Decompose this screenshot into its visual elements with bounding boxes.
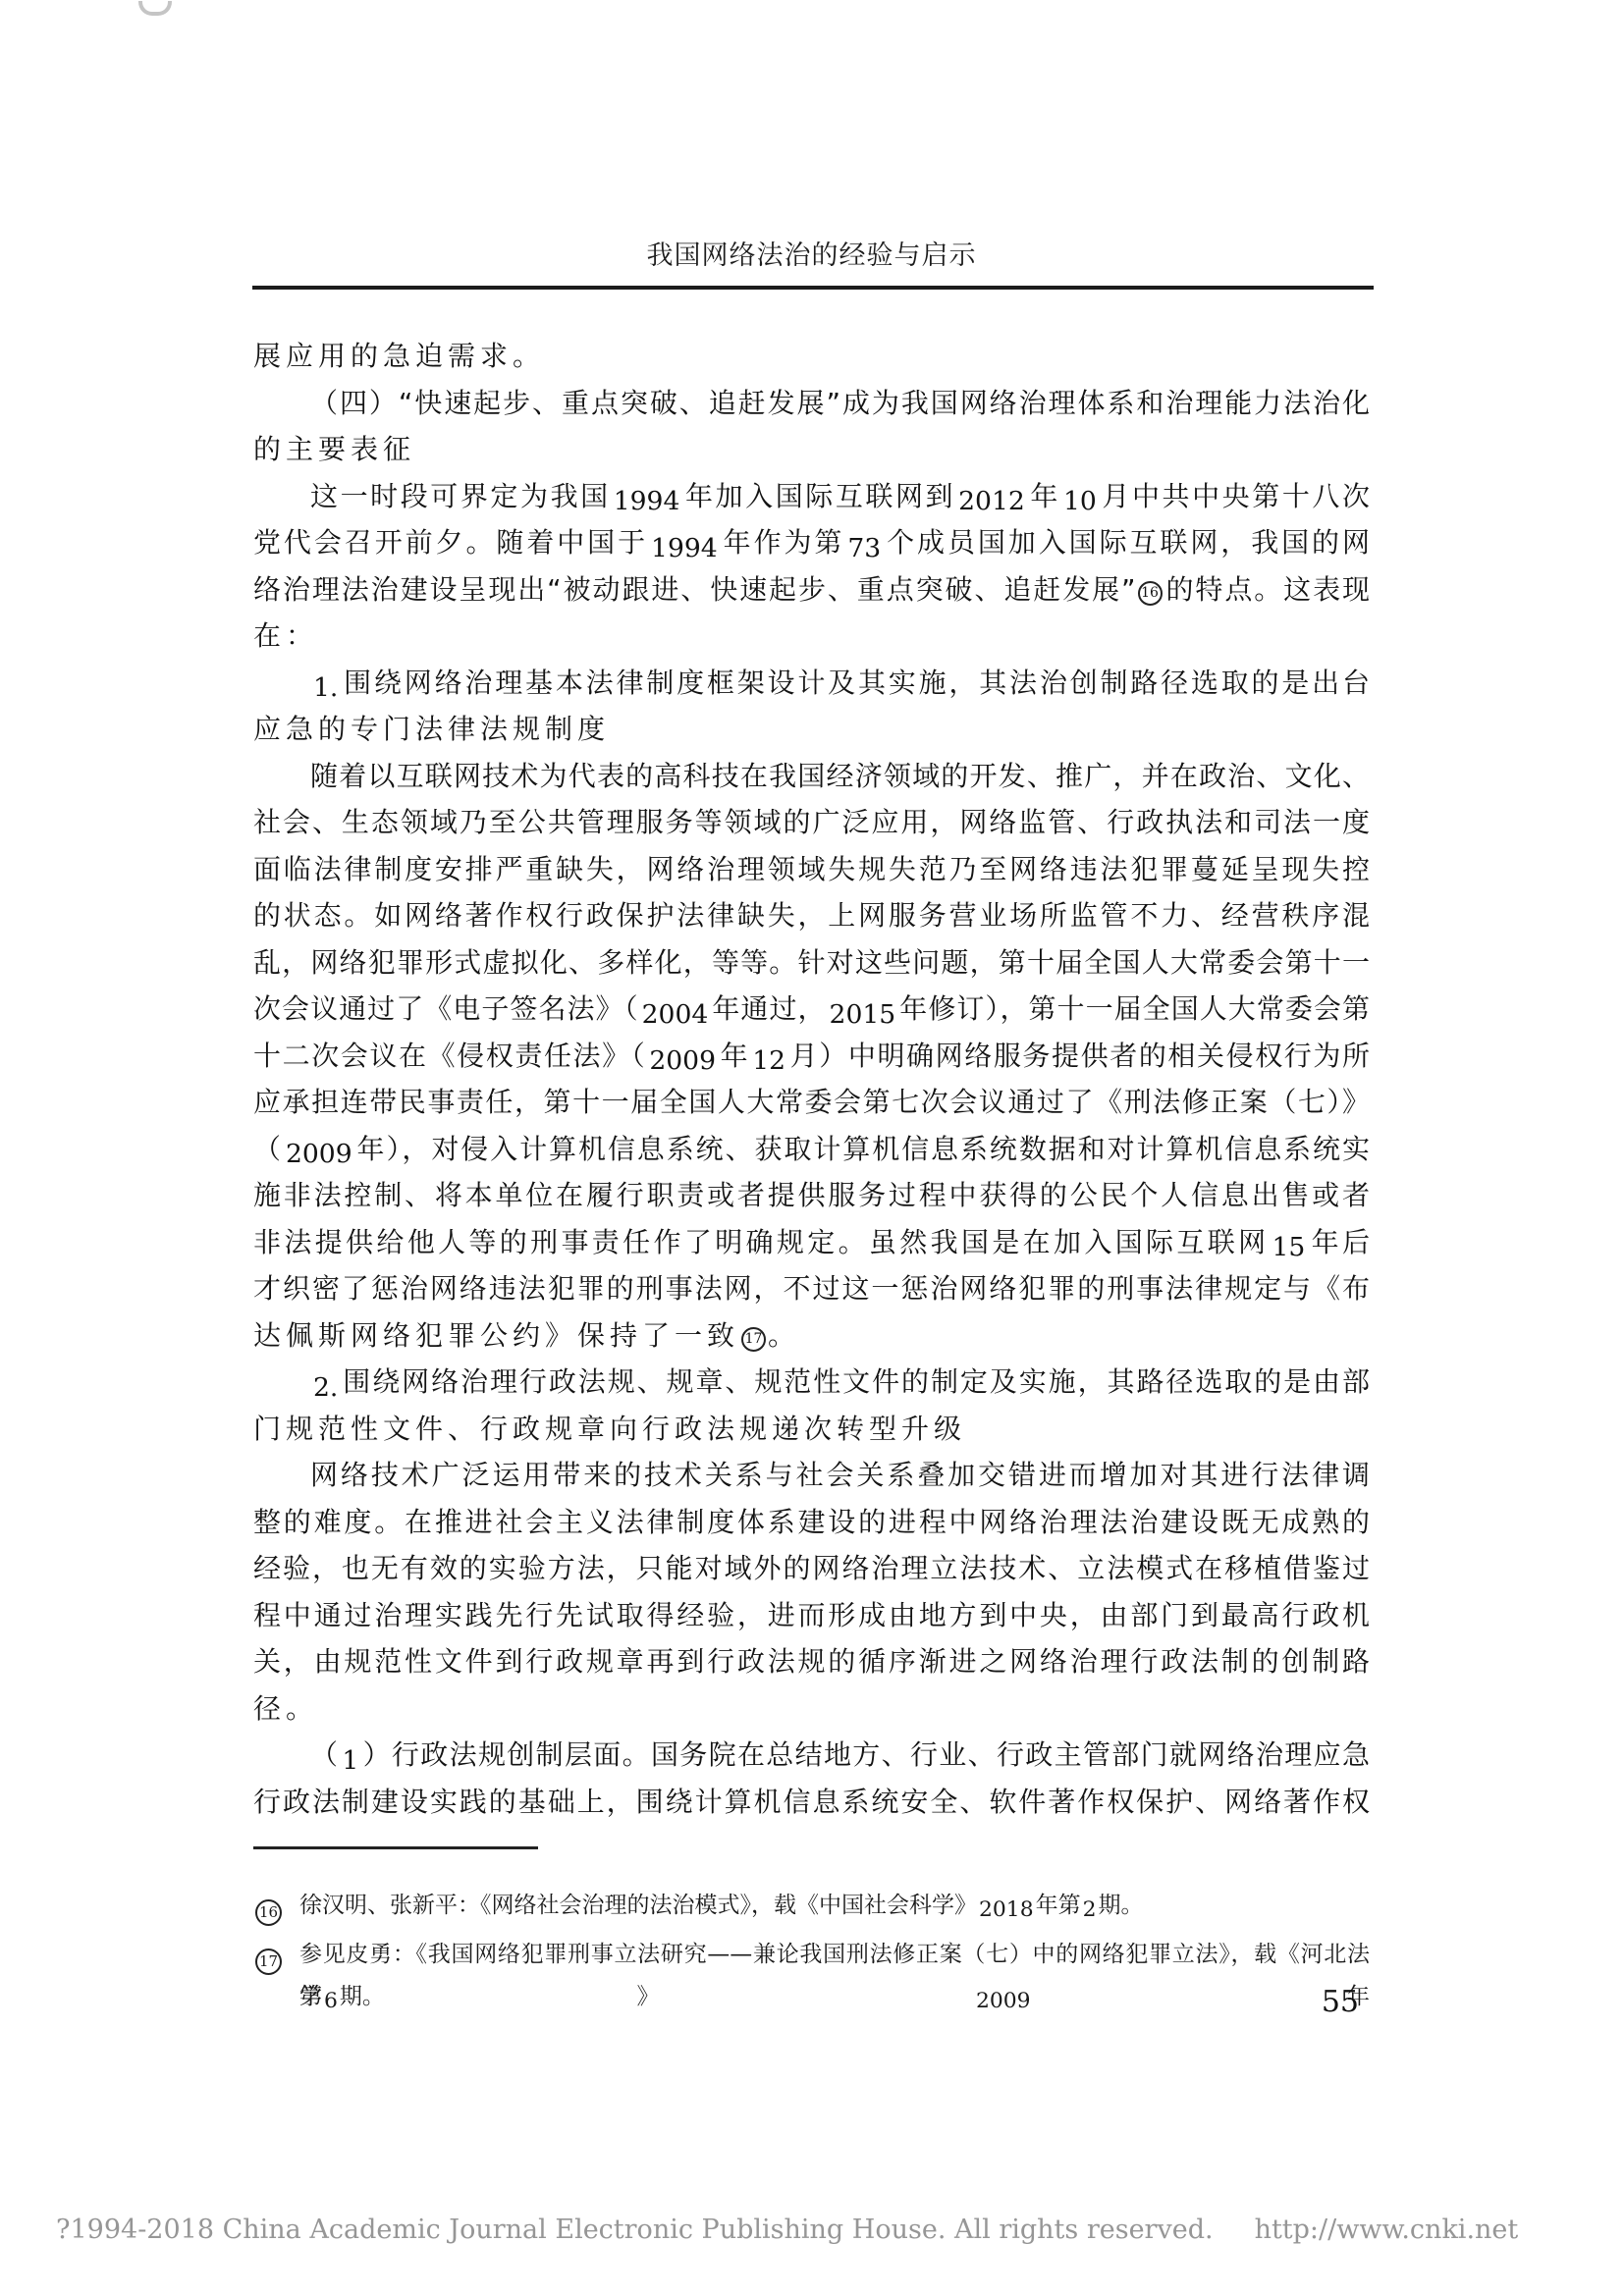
- body-line: 应承担连带民事责任，第十一届全国人大常委会第七次会议通过了《刑法修正案（七）》: [253, 1079, 1370, 1126]
- body-line: 十二次会议在《侵权责任法》（2009年12月）中明确网络服务提供者的相关侵权行为…: [253, 1033, 1370, 1080]
- body-line: 党代会召开前夕。随着中国于1994年作为第73个成员国加入国际互联网，我国的网: [253, 519, 1370, 566]
- footnote-text: 参见皮勇：《我国网络犯罪刑事立法研究——兼论我国刑法修正案（七）中的网络犯罪立法…: [299, 1934, 1370, 2018]
- watermark-url: http://www.cnki.net: [1255, 2215, 1519, 2245]
- numeral: 2.: [313, 1372, 338, 1403]
- footnote-marker: 17: [253, 1934, 299, 1983]
- page-header-title: 我国网络法治的经验与启示: [253, 234, 1370, 272]
- numeral: 1994: [651, 533, 718, 563]
- body-line: 络治理法治建设呈现出“被动跟进、快速起步、重点突破、追赶发展”16的特点。这表现: [253, 566, 1370, 614]
- numeral: 12: [752, 1045, 785, 1076]
- footnote-item: 16徐汉明、张新平：《网络社会治理的法治模式》，载《中国社会科学》2018年第2…: [253, 1885, 1370, 1934]
- header-rule: [252, 286, 1374, 290]
- body-line: 的状态。如网络著作权行政保护法律缺失，上网服务营业场所监管不力、经营秩序混: [253, 892, 1370, 939]
- numeral: 2009: [286, 1139, 352, 1169]
- footnote-ref-17: 17: [741, 1327, 766, 1352]
- numeral: 1.: [313, 672, 338, 703]
- footnote-line: 徐汉明、张新平：《网络社会治理的法治模式》，载《中国社会科学》2018年第2期。: [299, 1885, 1370, 1927]
- body-line: 2.围绕网络治理行政法规、规章、规范性文件的制定及实施，其路径选取的是由部: [253, 1359, 1370, 1406]
- numeral: 1: [342, 1745, 358, 1776]
- body-line: 关，由规范性文件到行政规章再到行政法规的循序渐进之网络治理行政法制的创制路: [253, 1638, 1370, 1685]
- body-line: 行政法制建设实践的基础上，围绕计算机信息系统安全、软件著作权保护、网络著作权: [253, 1779, 1370, 1826]
- body-text: 展应用的急迫需求。（四）“快速起步、重点突破、追赶发展”成为我国网络治理体系和治…: [253, 333, 1370, 1825]
- body-line: 才织密了惩治网络违法犯罪的刑事法网，不过这一惩治网络犯罪的刑事法律规定与《布: [253, 1265, 1370, 1312]
- footnote-line: 参见皮勇：《我国网络犯罪刑事立法研究——兼论我国刑法修正案（七）中的网络犯罪立法…: [299, 1934, 1370, 1976]
- scan-artifact: [138, 1, 172, 16]
- watermark-text: ?1994-2018 China Academic Journal Electr…: [56, 2215, 1214, 2245]
- document-page: 我国网络法治的经验与启示 展应用的急迫需求。（四）“快速起步、重点突破、追赶发展…: [0, 0, 1624, 2296]
- numeral: 15: [1272, 1232, 1305, 1262]
- body-line: 经验，也无有效的实验方法，只能对域外的网络治理立法技术、立法模式在移植借鉴过: [253, 1545, 1370, 1592]
- footnote-text: 徐汉明、张新平：《网络社会治理的法治模式》，载《中国社会科学》2018年第2期。: [299, 1885, 1370, 1927]
- body-line: 1.围绕网络治理基本法律制度框架设计及其实施，其法治创制路径选取的是出台: [253, 660, 1370, 707]
- footnote-ref-16: 16: [1138, 581, 1163, 606]
- numeral: 6: [324, 1989, 338, 2013]
- body-line: 在：: [253, 613, 1370, 660]
- body-line: 径。: [253, 1685, 1370, 1733]
- body-line: （2009年），对侵入计算机信息系统、获取计算机信息系统数据和对计算机信息系统实: [253, 1126, 1370, 1173]
- footnote-marker: 16: [253, 1885, 299, 1934]
- page-number: 55: [1322, 1985, 1359, 2019]
- body-line: 展应用的急迫需求。: [253, 333, 1370, 380]
- numeral: 73: [847, 533, 881, 563]
- body-line: 整的难度。在推进社会主义法律制度体系建设的进程中网络治理法治建设既无成熟的: [253, 1499, 1370, 1546]
- body-line: （四）“快速起步、重点突破、追赶发展”成为我国网络治理体系和治理能力法治化: [253, 380, 1370, 427]
- numeral: 2015: [830, 999, 896, 1030]
- body-line: 随着以互联网技术为代表的高科技在我国经济领域的开发、推广，并在政治、文化、: [253, 753, 1370, 800]
- footnote-rule: [253, 1846, 538, 1849]
- body-line: （1）行政法规创制层面。国务院在总结地方、行业、行政主管部门就网络治理应急: [253, 1732, 1370, 1779]
- numeral: 10: [1063, 486, 1097, 516]
- body-line: 这一时段可界定为我国1994年加入国际互联网到2012年10月中共中央第十八次: [253, 473, 1370, 520]
- body-line: 达佩斯网络犯罪公约》保持了一致17。: [253, 1312, 1370, 1360]
- body-line: 非法提供给他人等的刑事责任作了明确规定。虽然我国是在加入国际互联网15年后: [253, 1219, 1370, 1266]
- numeral: 2: [1083, 1897, 1097, 1922]
- numeral: 2009: [976, 1989, 1031, 2013]
- numeral: 2012: [958, 486, 1025, 516]
- body-line: 次会议通过了《电子签名法》（2004年通过，2015年修订），第十一届全国人大常…: [253, 986, 1370, 1033]
- body-line: 程中通过治理实践先行先试取得经验，进而形成由地方到中央，由部门到最高行政机: [253, 1592, 1370, 1639]
- footnote-marker-number: 17: [255, 1949, 282, 1975]
- footnote-item: 17参见皮勇：《我国网络犯罪刑事立法研究——兼论我国刑法修正案（七）中的网络犯罪…: [253, 1934, 1370, 2018]
- body-line: 施非法控制、将本单位在履行职责或者提供服务过程中获得的公民个人信息出售或者: [253, 1172, 1370, 1219]
- body-line: 的主要表征: [253, 426, 1370, 473]
- body-line: 面临法律制度安排严重缺失，网络治理领域失规失范乃至网络违法犯罪蔓延呈现失控: [253, 846, 1370, 893]
- footnote-marker-number: 16: [255, 1899, 282, 1926]
- body-line: 网络技术广泛运用带来的技术关系与社会关系叠加交错进而增加对其进行法律调: [253, 1452, 1370, 1499]
- watermark: ?1994-2018 China Academic Journal Electr…: [56, 2215, 1518, 2245]
- body-line: 门规范性文件、行政规章向行政法规递次转型升级: [253, 1406, 1370, 1453]
- body-line: 乱，网络犯罪形式虚拟化、多样化，等等。针对这些问题，第十届全国人大常委会第十一: [253, 939, 1370, 987]
- numeral: 2018: [979, 1897, 1034, 1922]
- numeral: 1994: [614, 486, 680, 516]
- footnote-list: 16徐汉明、张新平：《网络社会治理的法治模式》，载《中国社会科学》2018年第2…: [253, 1885, 1370, 2018]
- numeral: 2009: [649, 1045, 716, 1076]
- body-line: 应急的专门法律法规制度: [253, 706, 1370, 753]
- body-line: 社会、生态领域乃至公共管理服务等领域的广泛应用，网络监管、行政执法和司法一度: [253, 799, 1370, 846]
- numeral: 2004: [642, 999, 709, 1030]
